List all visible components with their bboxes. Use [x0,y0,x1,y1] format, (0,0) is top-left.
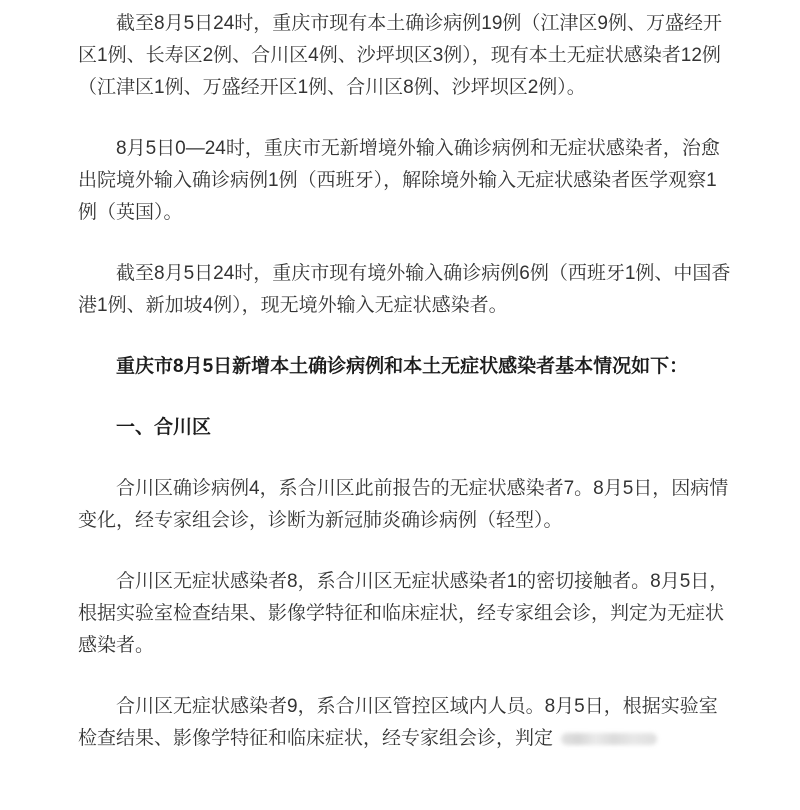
article-body: 截至8月5日24时，重庆市现有本土确诊病例19例（江津区9例、万盛经开区1例、长… [78,8,734,784]
paragraph-imported-cases-update: 8月5日0—24时，重庆市无新增境外输入确诊病例和无症状感染者，治愈出院境外输入… [78,133,734,229]
paragraph-hechuan-asymptomatic-9: 合川区无症状感染者9，系合川区管控区域内人员。8月5日，根据实验室检查结果、影像… [78,691,734,755]
paragraph-current-local-cases: 截至8月5日24时，重庆市现有本土确诊病例19例（江津区9例、万盛经开区1例、长… [78,8,734,104]
paragraph-text: 截至8月5日24时，重庆市现有境外输入确诊病例6例（西班牙1例、中国香港1例、新… [78,263,730,316]
paragraph-text: 重庆市8月5日新增本土确诊病例和本土无症状感染者基本情况如下： [116,356,688,377]
paragraph-hechuan-case-4: 合川区确诊病例4，系合川区此前报告的无症状感染者7。8月5日，因病情变化，经专家… [78,473,734,537]
paragraph-hechuan-asymptomatic-8: 合川区无症状感染者8，系合川区无症状感染者1的密切接触者。8月5日，根据实验室检… [78,566,734,662]
paragraph-current-imported-cases: 截至8月5日24时，重庆市现有境外输入确诊病例6例（西班牙1例、中国香港1例、新… [78,258,734,322]
watermark-smudge [561,733,657,745]
section-heading-text: 一、合川区 [116,417,211,438]
paragraph-summary-lead: 重庆市8月5日新增本土确诊病例和本土无症状感染者基本情况如下： [78,351,734,383]
paragraph-text: 合川区确诊病例4，系合川区此前报告的无症状感染者7。8月5日，因病情变化，经专家… [78,478,728,531]
paragraph-text: 8月5日0—24时，重庆市无新增境外输入确诊病例和无症状感染者，治愈出院境外输入… [78,138,720,223]
paragraph-text: 截至8月5日24时，重庆市现有本土确诊病例19例（江津区9例、万盛经开区1例、长… [78,13,722,98]
section-heading-hechuan: 一、合川区 [78,412,734,444]
paragraph-text: 合川区无症状感染者8，系合川区无症状感染者1的密切接触者。8月5日，根据实验室检… [78,571,728,656]
